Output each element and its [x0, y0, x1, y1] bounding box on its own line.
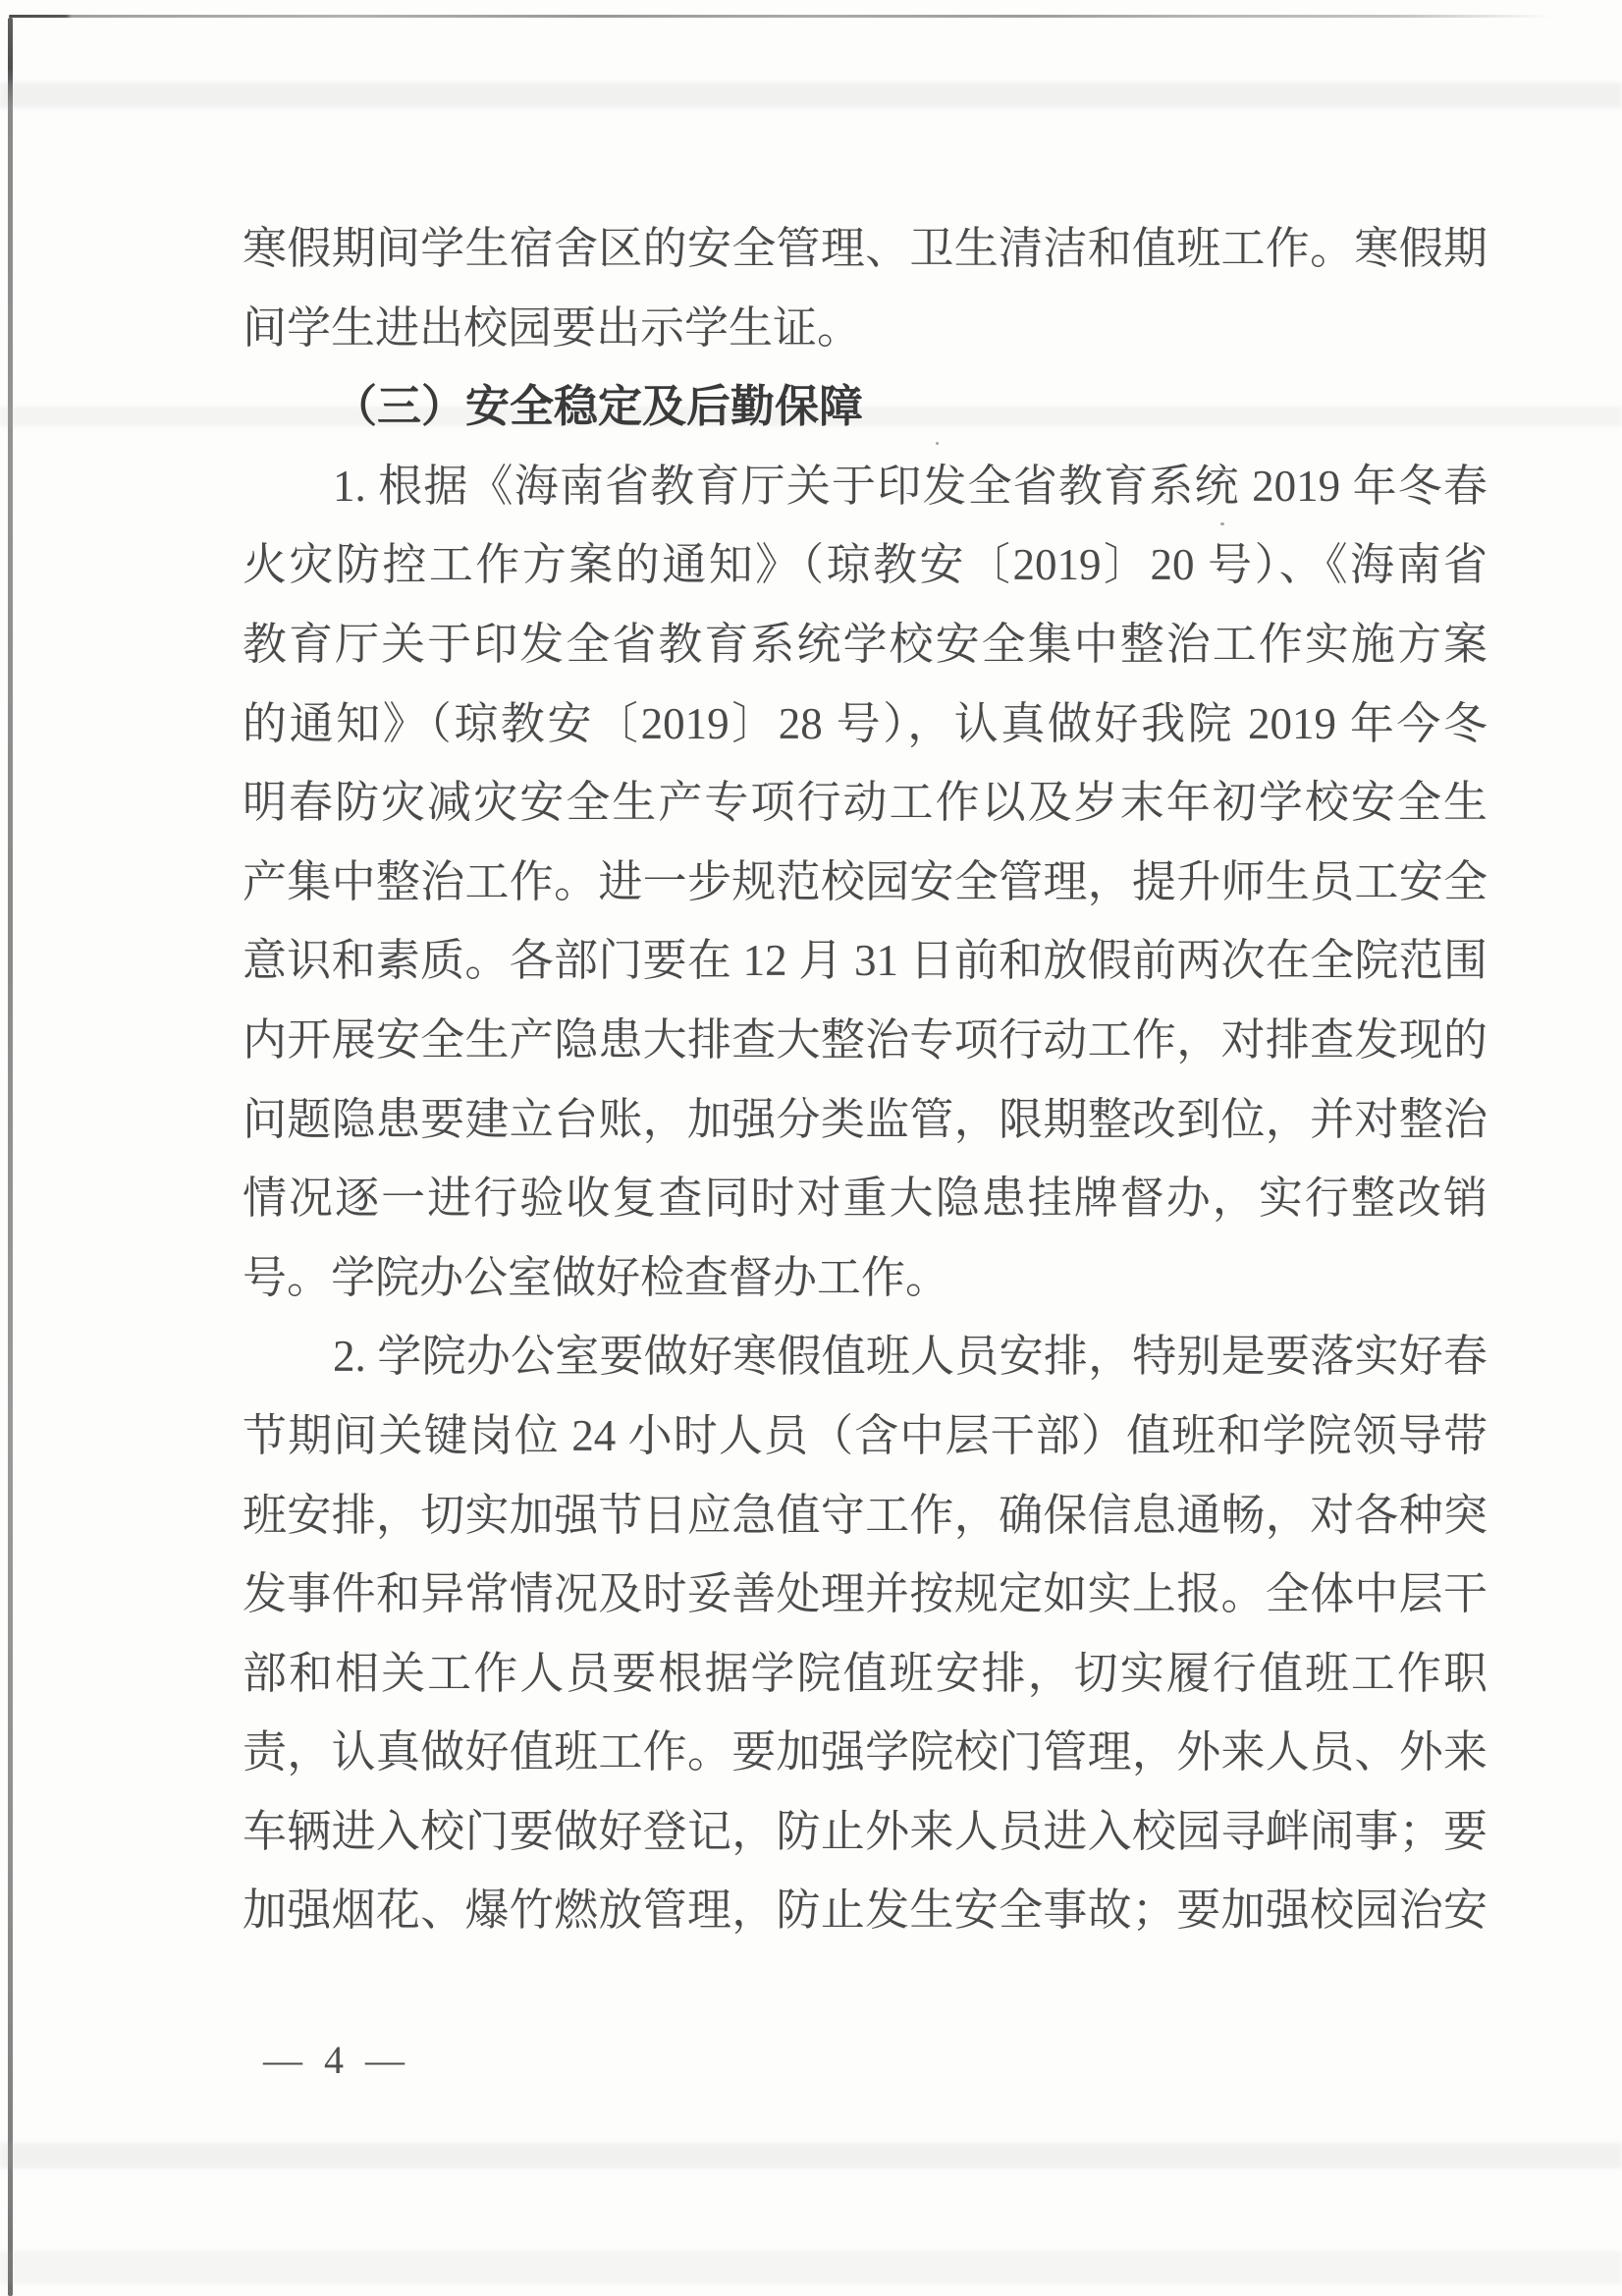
text-line: 责，认真做好值班工作。要加强学院校门管理，外来人员、外来 [243, 1713, 1487, 1792]
scanned-page: 寒假期间学生宿舍区的安全管理、卫生清洁和值班工作。寒假期间学生进出校园要出示学生… [0, 0, 1622, 2296]
text-line: 意识和素质。各部门要在 12 月 31 日前和放假前两次在全院范围 [243, 921, 1487, 1001]
text-line: 情况逐一进行验收复查同时对重大隐患挂牌督办，实行整改销 [243, 1159, 1487, 1238]
text-line: 车辆进入校门要做好登记，防止外来人员进入校园寻衅闹事；要 [243, 1792, 1487, 1872]
scan-noise-band [0, 82, 1622, 108]
text-line: 1. 根据《海南省教育厅关于印发全省教育系统 2019 年冬春 [243, 447, 1487, 526]
scan-noise-band [0, 2251, 1622, 2284]
text-line: 部和相关工作人员要根据学院值班安排，切实履行值班工作职 [243, 1634, 1487, 1714]
text-line: 班安排，切实加强节日应急值守工作，确保信息通畅，对各种突 [243, 1476, 1487, 1556]
text-line: 寒假期间学生宿舍区的安全管理、卫生清洁和值班工作。寒假期 [243, 209, 1487, 289]
text-line: 火灾防控工作方案的通知》（琼教安〔2019〕20 号）、《海南省 [243, 525, 1487, 605]
text-line: 发事件和异常情况及时妥善处理并按规定如实上报。全体中层干 [243, 1555, 1487, 1634]
scan-edge-artifact-left [8, 18, 13, 2296]
text-line: 节期间关键岗位 24 小时人员（含中层干部）值班和学院领导带 [243, 1396, 1487, 1476]
text-line: 内开展安全生产隐患大排查大整治专项行动工作，对排查发现的 [243, 1001, 1487, 1080]
text-line: 明春防灾减灾安全生产专项行动工作以及岁末年初学校安全生 [243, 763, 1487, 843]
page-number: — 4 — [263, 2041, 410, 2080]
text-line: 的通知》（琼教安〔2019〕28 号），认真做好我院 2019 年今冬 [243, 684, 1487, 764]
section-heading: （三）安全稳定及后勤保障 [243, 367, 1487, 447]
document-body: 寒假期间学生宿舍区的安全管理、卫生清洁和值班工作。寒假期间学生进出校园要出示学生… [243, 209, 1487, 1950]
text-line: 号。学院办公室做好检查督办工作。 [243, 1238, 1487, 1318]
scan-noise-band [0, 2143, 1622, 2168]
text-line: 产集中整治工作。进一步规范校园安全管理，提升师生员工安全 [243, 843, 1487, 922]
text-line: 问题隐患要建立台账，加强分类监管，限期整改到位，并对整治 [243, 1080, 1487, 1160]
text-line: 2. 学院办公室要做好寒假值班人员安排，特别是要落实好春 [243, 1317, 1487, 1396]
text-line: 间学生进出校园要出示学生证。 [243, 289, 1487, 368]
text-line: 教育厅关于印发全省教育系统学校安全集中整治工作实施方案 [243, 605, 1487, 684]
text-line: 加强烟花、爆竹燃放管理，防止发生安全事故；要加强校园治安 [243, 1871, 1487, 1950]
scan-edge-artifact-top [9, 15, 1552, 18]
